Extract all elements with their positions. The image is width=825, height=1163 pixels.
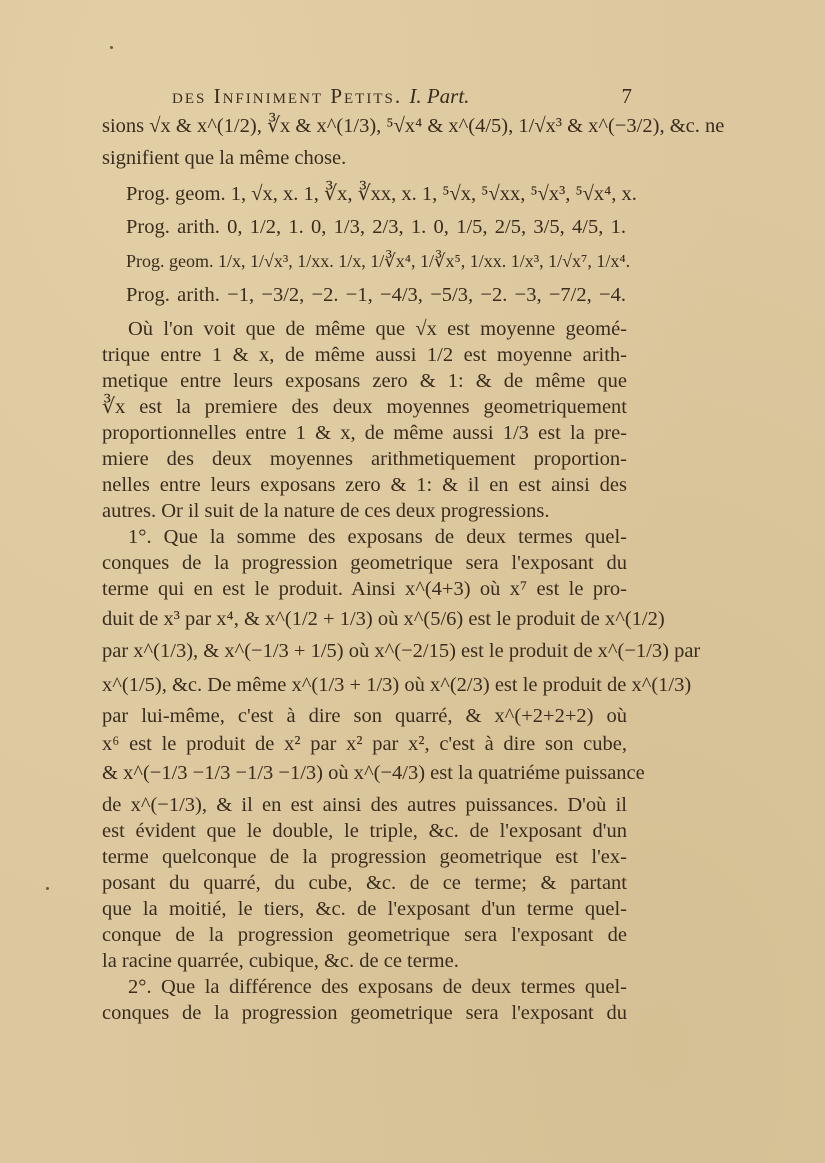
running-title: des Infiniment Petits. (172, 84, 402, 108)
text-line: par x^(1/3), & x^(−1/3 + 1/5) où x^(−2/1… (102, 638, 627, 664)
text-line: conque de la progression geometrique ser… (102, 922, 627, 948)
text-line: miere des deux moyennes arithmetiquement… (102, 446, 627, 472)
text-line: sions √x & x^(1/2), ∛x & x^(1/3), ⁵√x⁴ &… (102, 113, 627, 139)
text-line: posant du quarré, du cube, &c. de ce ter… (102, 870, 627, 896)
text-line: trique entre 1 & x, de même aussi 1/2 es… (102, 342, 627, 368)
running-header: des Infiniment Petits. I. Part. 7 (172, 84, 632, 109)
text-line: que la moitié, le tiers, &c. de l'exposa… (102, 896, 627, 922)
text-line: 1°. Que la somme des exposans de deux te… (128, 524, 627, 550)
text-line: metique entre leurs exposans zero & 1: &… (102, 368, 627, 394)
text-line: terme quelconque de la progression geome… (102, 844, 627, 870)
progression-arithmetic-1: Prog. arith. 0, 1/2, 1. 0, 1/3, 2/3, 1. … (126, 214, 626, 240)
progression-arithmetic-2: Prog. arith. −1, −3/2, −2. −1, −4/3, −5/… (126, 282, 626, 308)
text-line: conques de la progression geometrique se… (102, 1000, 627, 1026)
text-line: est évident que le double, le triple, &c… (102, 818, 627, 844)
text-line: autres. Or il suit de la nature de ces d… (102, 498, 627, 524)
part-label: I. Part. (409, 84, 469, 108)
text-line: conques de la progression geometrique se… (102, 550, 627, 576)
text-line: x⁶ est le produit de x² par x² par x², c… (102, 731, 627, 757)
text-line: terme qui en est le produit. Ainsi x^(4+… (102, 576, 627, 602)
text-line: la racine quarrée, cubique, &c. de ce te… (102, 948, 627, 974)
text-line: ∛x est la premiere des deux moyennes geo… (102, 394, 627, 420)
text-line: proportionnelles entre 1 & x, de même au… (102, 420, 627, 446)
text-line: par lui-même, c'est à dire son quarré, &… (102, 703, 627, 729)
text-line: nelles entre leurs exposans zero & 1: & … (102, 472, 627, 498)
paper-speck (46, 887, 49, 890)
progression-geometric-2: Prog. geom. 1/x, 1/√x³, 1/xx. 1/x, 1/∛x⁴… (126, 248, 626, 274)
text-line: de x^(−1/3), & il en est ainsi des autre… (102, 792, 627, 818)
text-line: duit de x³ par x⁴, & x^(1/2 + 1/3) où x^… (102, 606, 627, 632)
paper-speck (110, 46, 113, 49)
book-page: des Infiniment Petits. I. Part. 7 sions … (0, 0, 825, 1163)
text-line: 2°. Que la différence des exposans de de… (128, 974, 627, 1000)
text-line: & x^(−1/3 −1/3 −1/3 −1/3) où x^(−4/3) es… (102, 760, 627, 786)
progression-geometric-1: Prog. geom. 1, √x, x. 1, ∛x, ∛xx, x. 1, … (126, 181, 626, 207)
text-line: x^(1/5), &c. De même x^(1/3 + 1/3) où x^… (102, 672, 627, 698)
page-number: 7 (622, 84, 633, 109)
text-line: Où l'on voit que de même que √x est moye… (128, 316, 627, 342)
text-line: signifient que la même chose. (102, 145, 627, 171)
